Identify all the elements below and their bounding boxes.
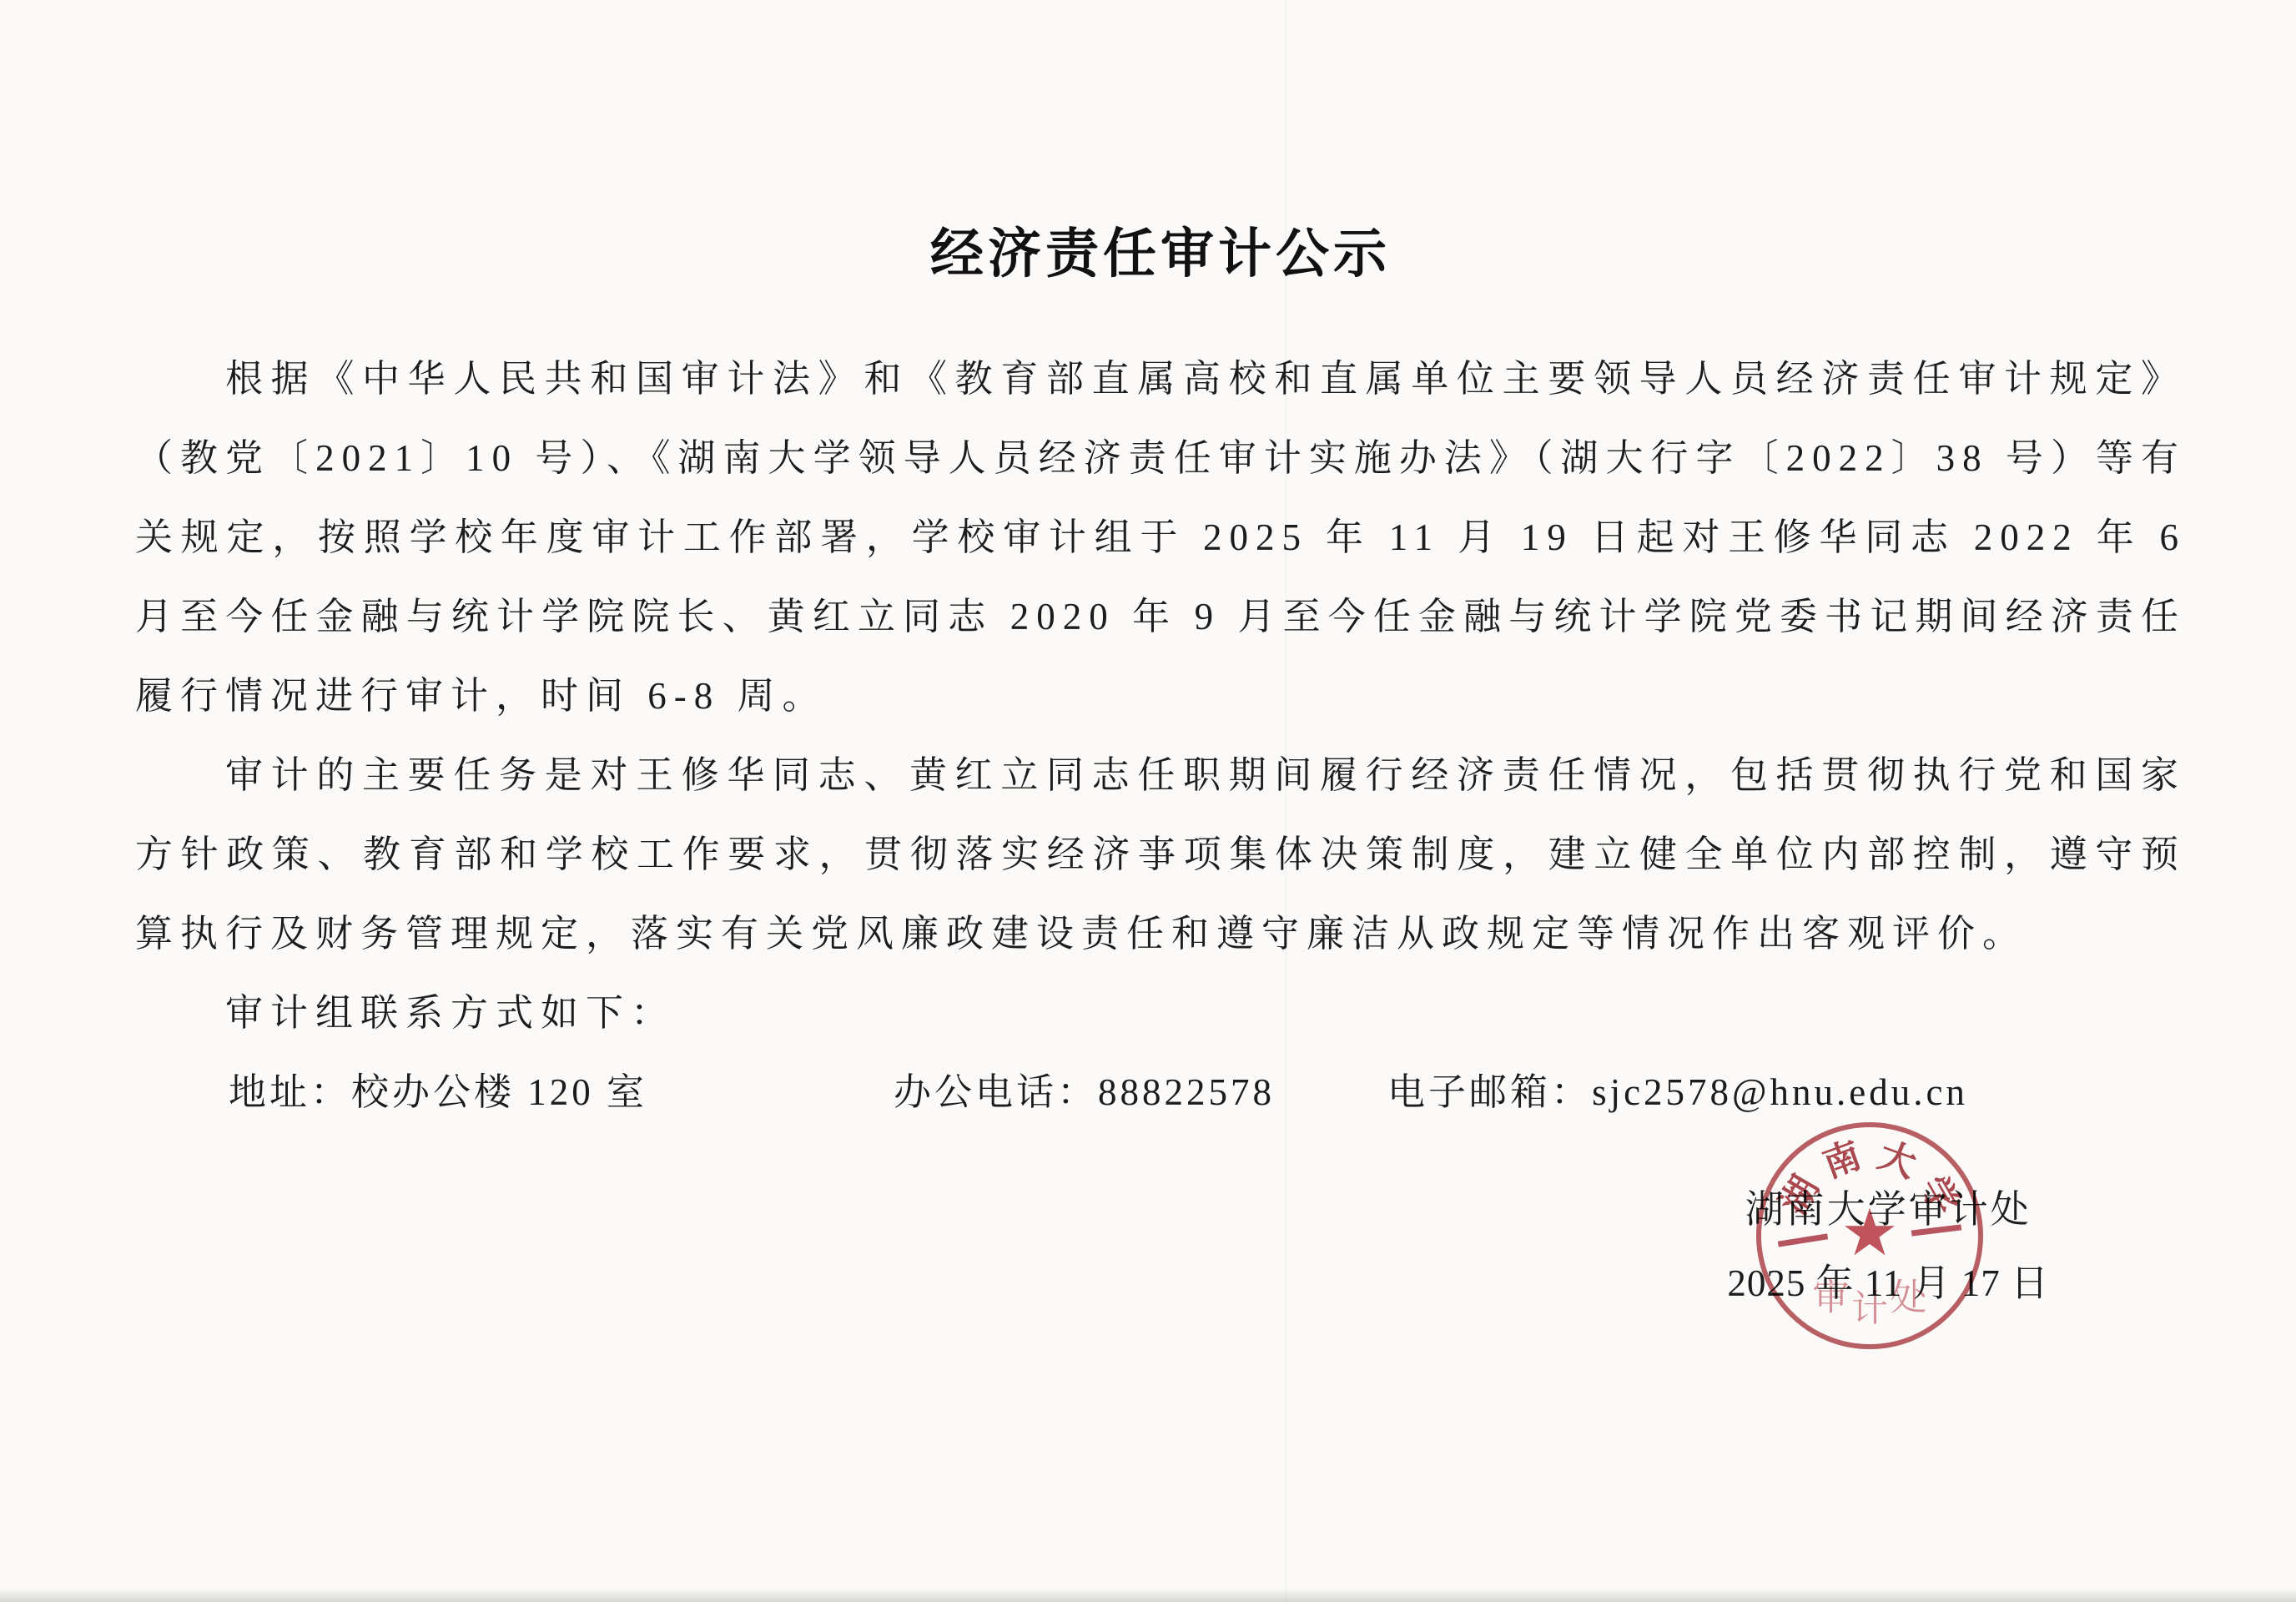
contact-email: 电子邮箱：sjc2578@hnu.edu.cn — [1387, 1053, 1968, 1132]
signature-block: 湖南大学审计处 2025 年 11 月 17 日 — [1727, 1173, 2049, 1320]
paragraph-tasks: 审计的主要任务是对王修华同志、黄红立同志任职期间履行经济责任情况，包括贯彻执行党… — [135, 736, 2186, 974]
scan-bottom-shadow — [0, 1589, 2296, 1602]
document-body: 经济责任审计公示 根据《中华人民共和国审计法》和《教育部直属高校和直属单位主要领… — [135, 211, 2186, 1132]
address-value: 校办公楼 120 室 — [351, 1071, 647, 1113]
document-title: 经济责任审计公示 — [135, 211, 2186, 288]
scanned-audit-notice-page: 经济责任审计公示 根据《中华人民共和国审计法》和《教育部直属高校和直属单位主要领… — [0, 0, 2296, 1602]
email-value: sjc2578@hnu.edu.cn — [1592, 1071, 1968, 1113]
address-label: 地址： — [229, 1071, 351, 1113]
email-label: 电子邮箱： — [1387, 1071, 1592, 1113]
phone-value: 88822578 — [1098, 1071, 1275, 1113]
contact-row: 地址：校办公楼 120 室 办公电话：88822578 电子邮箱：sjc2578… — [135, 1053, 2186, 1132]
signature-org: 湖南大学审计处 — [1727, 1173, 2049, 1247]
contact-phone: 办公电话：88822578 — [894, 1053, 1275, 1132]
paragraph-contact-intro: 审计组联系方式如下： — [135, 974, 2186, 1053]
contact-address: 地址：校办公楼 120 室 — [229, 1053, 647, 1132]
phone-label: 办公电话： — [894, 1071, 1098, 1113]
signature-date: 2025 年 11 月 17 日 — [1727, 1247, 2049, 1320]
paragraph-basis: 根据《中华人民共和国审计法》和《教育部直属高校和直属单位主要领导人员经济责任审计… — [135, 340, 2186, 736]
